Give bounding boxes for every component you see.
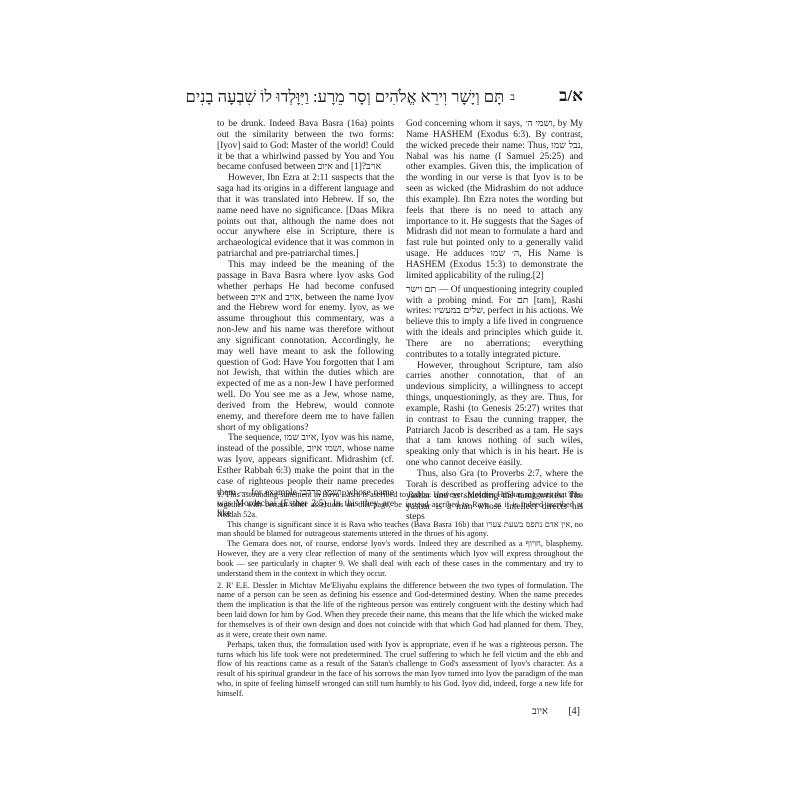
footnote-1-para: This change is significant since it is R… (217, 520, 583, 540)
right-column: God concerning whom it says, ושמי ה׳, by… (406, 119, 583, 523)
footnote-2-para: Perhaps, taken thus, the formulation use… (217, 640, 583, 699)
page-footer: [4] איוב (217, 706, 583, 720)
left-column: to be drunk. Indeed Bava Basra (16a) poi… (217, 119, 394, 523)
page-header: א/ב בתָּם וְיָשָׁר וִירֵא אֱלֹהִים וְסָר… (217, 86, 583, 108)
footnote-1: 1. This astounding statement in Bava Bas… (217, 490, 583, 520)
paragraph: This may indeed be the meaning of the pa… (217, 260, 394, 434)
verse-number: ב (510, 92, 515, 103)
footnote-1-para: The Gemara does not, of course, endorse … (217, 539, 583, 578)
footnote-2: 2. R' E.E. Dessler in Michtav Me'Eliyahu… (217, 581, 583, 640)
paragraph: God concerning whom it says, ושמי ה׳, by… (406, 119, 583, 282)
verse-text: תָּם וְיָשָׁר וִירֵא אֱלֹהִים וְסָר מֵרָ… (186, 87, 505, 106)
book-page: א/ב בתָּם וְיָשָׁר וִירֵא אֱלֹהִים וְסָר… (217, 0, 583, 800)
book-name: איוב (532, 706, 548, 717)
page-number: [4] (568, 706, 580, 717)
footnotes: 1. This astounding statement in Bava Bas… (217, 490, 583, 699)
commentary-columns: to be drunk. Indeed Bava Basra (16a) poi… (217, 119, 583, 523)
paragraph: However, throughout Scripture, tam also … (406, 361, 583, 469)
paragraph: to be drunk. Indeed Bava Basra (16a) poi… (217, 119, 394, 173)
paragraph: However, Ibn Ezra at 2:11 suspects that … (217, 173, 394, 260)
verse-line: בתָּם וְיָשָׁר וִירֵא אֱלֹהִים וְסָר מֵר… (186, 87, 515, 107)
lemma-paragraph: תם וישר — Of unquestioning integrity cou… (406, 285, 583, 361)
chapter-verse-ref: א/ב (559, 86, 583, 106)
